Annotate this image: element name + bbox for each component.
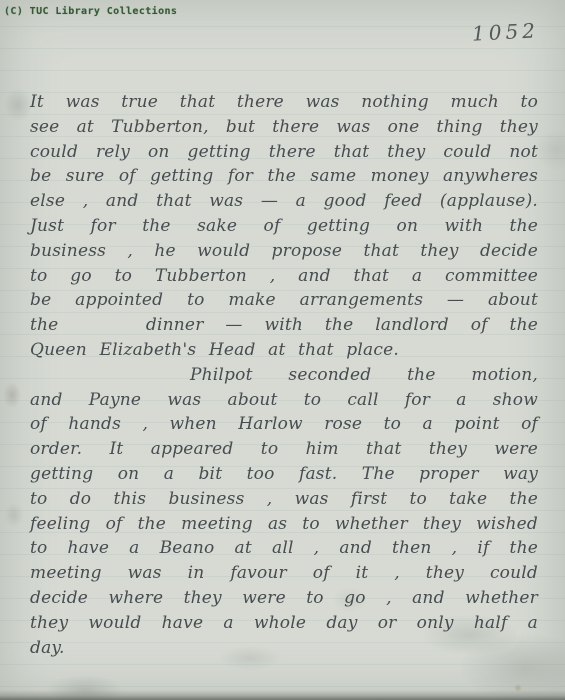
manuscript-line: Just for the sake of getting on with the: [30, 214, 538, 239]
manuscript-line: could rely on getting there that they co…: [30, 140, 538, 165]
manuscript-line: to have a Beano at all , and then , if t…: [30, 536, 538, 561]
manuscript-line: be appointed to make arrangements — abou…: [30, 288, 538, 313]
manuscript-line: Queen Elizabeth's Head at that place.: [30, 338, 538, 363]
manuscript-line: be sure of getting for the same money an…: [30, 164, 538, 189]
manuscript-line: getting on a bit too fast. The proper wa…: [30, 462, 538, 487]
manuscript-line: meeting was in favour of it , they could: [30, 561, 538, 586]
manuscript-line: of hands , when Harlow rose to a point o…: [30, 412, 538, 437]
manuscript-line: to go to Tubberton , and that a committe…: [30, 264, 538, 289]
manuscript-line: order. It appeared to him that they were: [30, 437, 538, 462]
manuscript-line: to do this business , was first to take …: [30, 487, 538, 512]
copyright-watermark: (C) TUC Library Collections: [4, 6, 177, 17]
manuscript-line: and Payne was about to call for a show: [30, 388, 538, 413]
manuscript-line: they would have a whole day or only half…: [30, 611, 538, 636]
manuscript-line: business , he would propose that they de…: [30, 239, 538, 264]
page-number: 1052: [471, 18, 539, 45]
manuscript-line: feeling of the meeting as to whether the…: [30, 512, 538, 537]
manuscript-line: It was true that there was nothing much …: [30, 90, 538, 115]
manuscript-line: day.: [30, 636, 538, 661]
manuscript-page: (C) TUC Library Collections 1052 It was …: [0, 0, 565, 700]
manuscript-line: else , and that was — a good feed (appla…: [30, 189, 538, 214]
manuscript-line: decide where they were to go , and wheth…: [30, 586, 538, 611]
manuscript-text: It was true that there was nothing much …: [30, 90, 538, 660]
manuscript-line: Philpot seconded the motion,: [30, 363, 538, 388]
manuscript-line: the dinner — with the landlord of the: [30, 313, 538, 338]
manuscript-line: see at Tubberton, but there was one thin…: [30, 115, 538, 140]
